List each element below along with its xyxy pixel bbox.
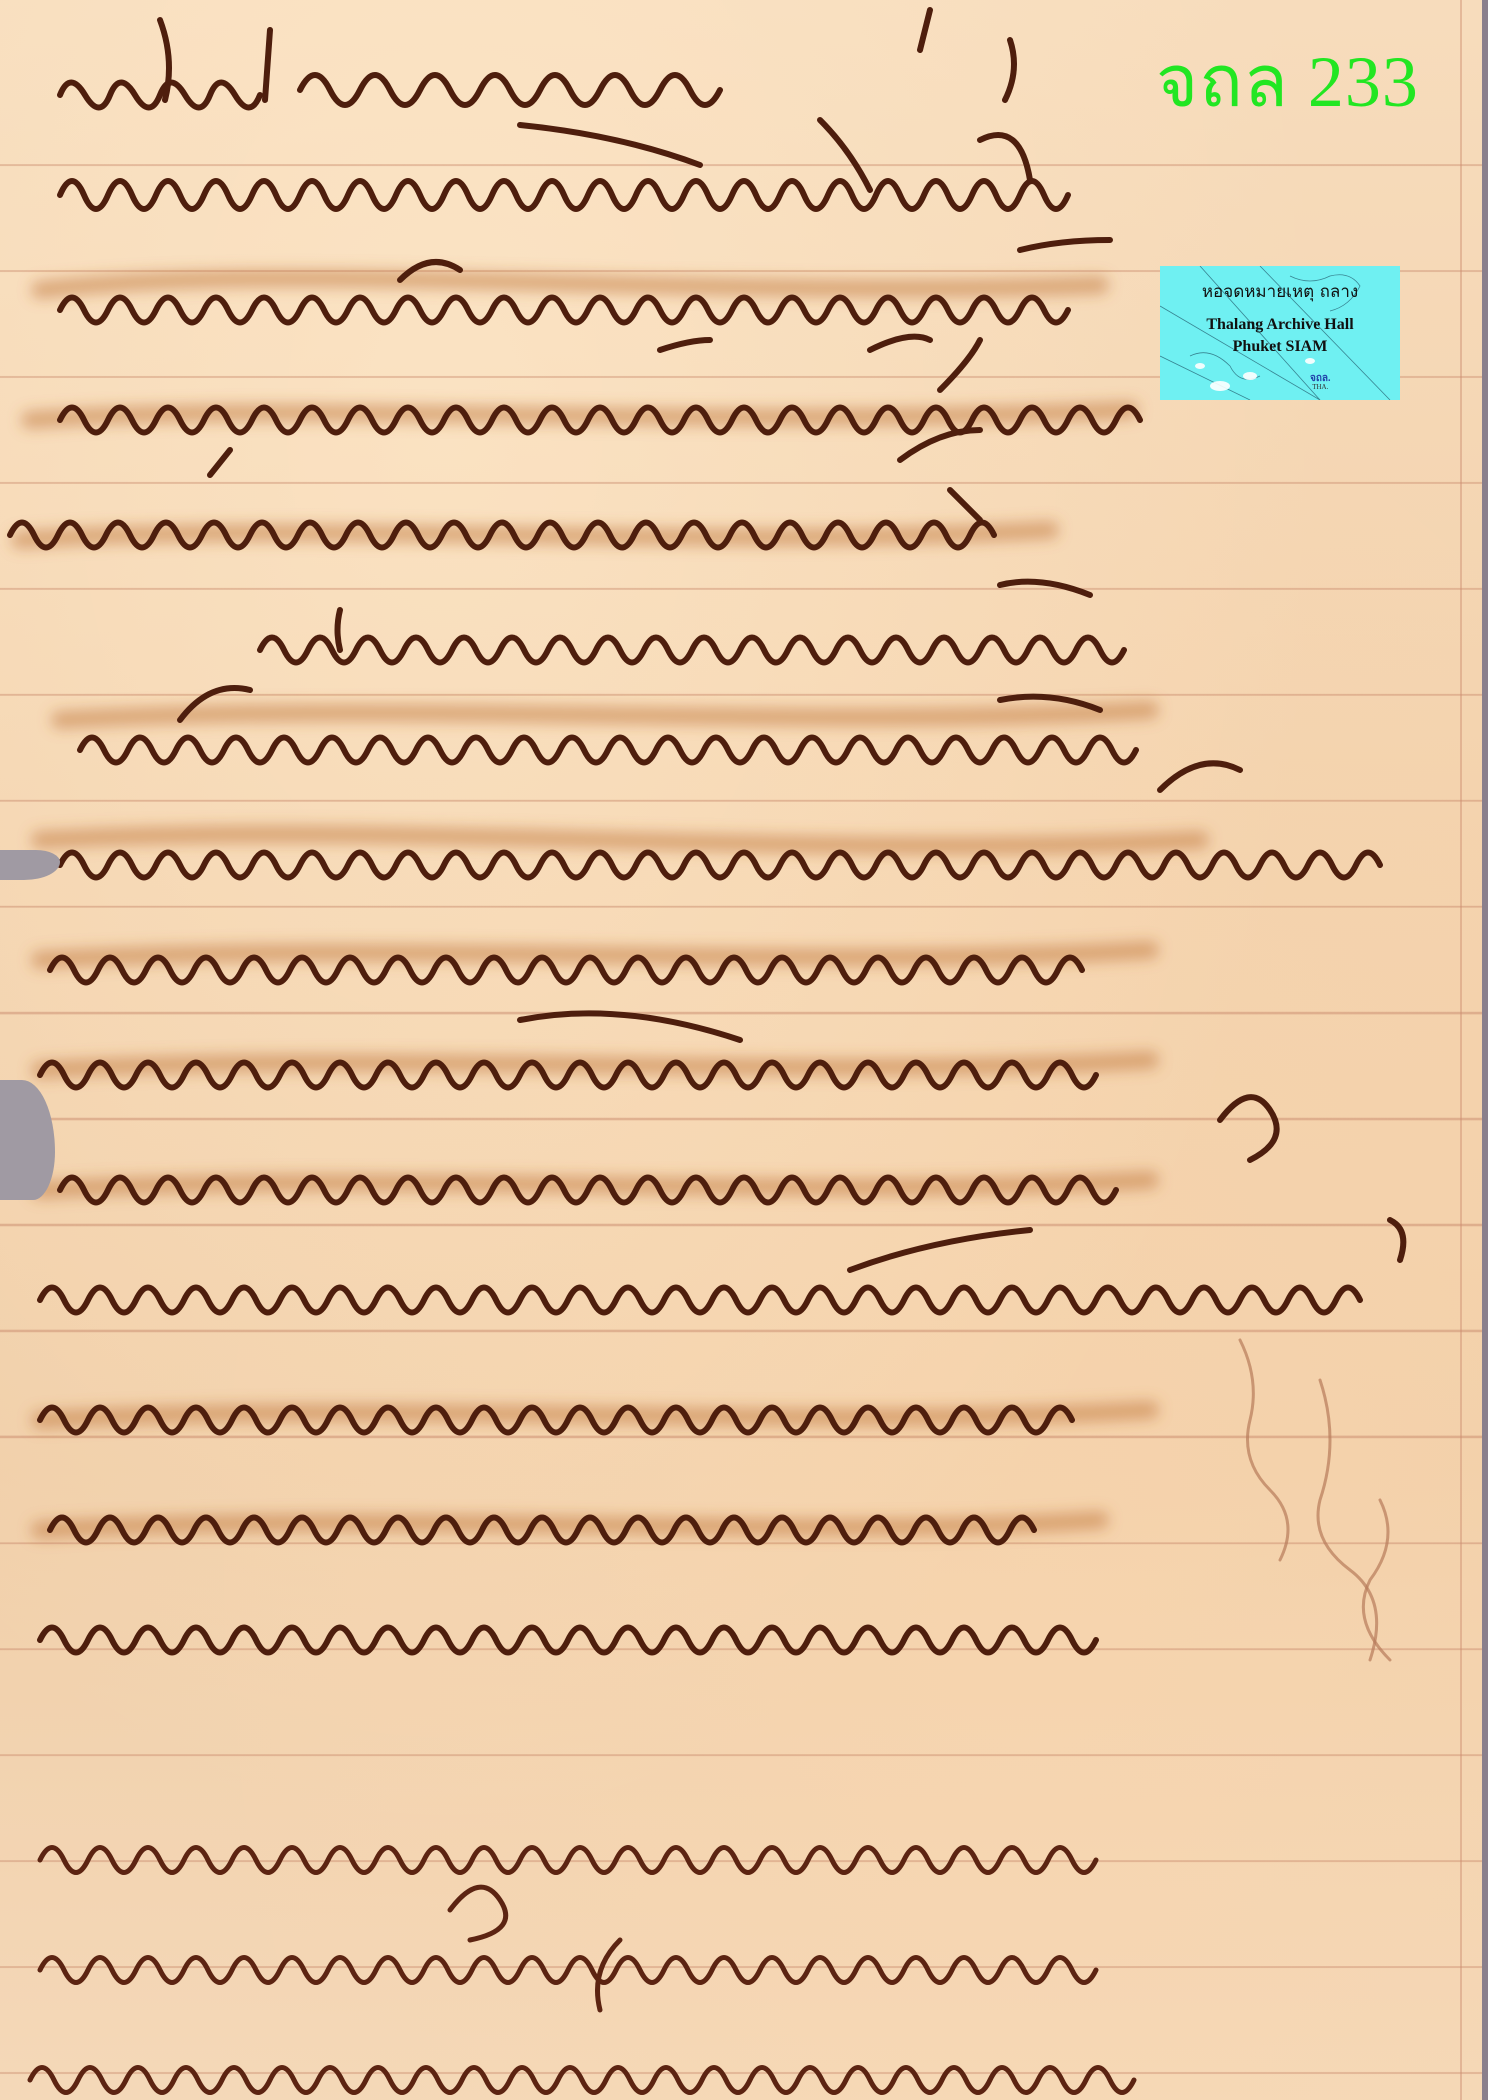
logo-mini-sub: THA.: [1310, 384, 1331, 391]
logo-mini-mark: จถล. THA.: [1310, 374, 1331, 391]
manuscript-page: จถล 233 หอจดหมายเหตุ ถลาง Thalang Archiv…: [0, 0, 1482, 2100]
logo-thai-name: หอจดหมายเหตุ ถลาง: [1160, 278, 1400, 305]
logo-english-name: Thalang Archive Hall: [1160, 316, 1400, 334]
archive-logo: หอจดหมายเหตุ ถลาง Thalang Archive Hall P…: [1160, 266, 1400, 400]
archive-code-label: จถล 233: [1156, 46, 1419, 118]
logo-location: Phuket SIAM: [1160, 338, 1400, 356]
